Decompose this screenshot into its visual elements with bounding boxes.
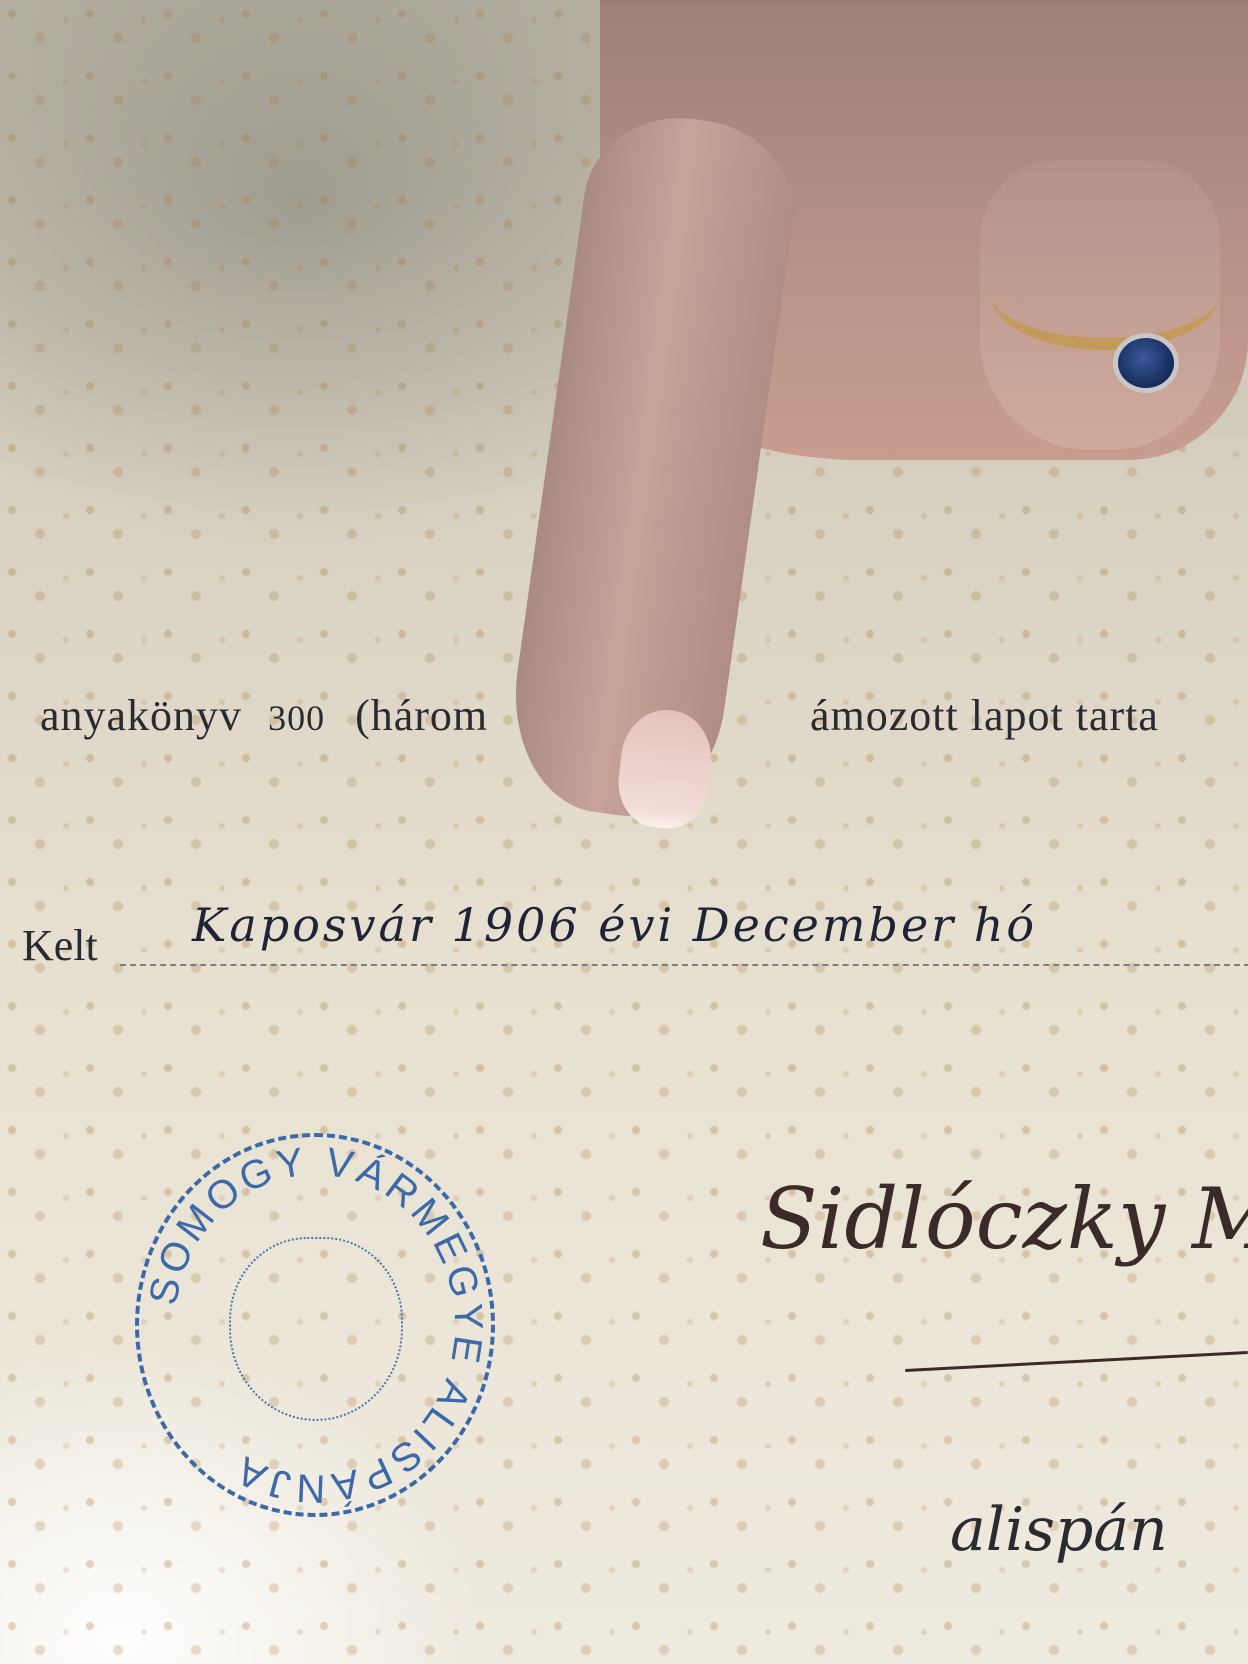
handwritten-signature: Sidlóczky M <box>760 1170 1248 1268</box>
printed-word-harom: (három <box>355 691 488 740</box>
handwritten-place-date: Kaposvár 1906 évi December hó <box>192 898 1037 952</box>
sapphire-ring-stone <box>1118 338 1174 388</box>
printed-text-line: anyakönyv 300 (három ámozott lapot tarta <box>40 690 488 741</box>
printed-text-continued: ámozott lapot tarta <box>810 690 1159 741</box>
kelt-label: Kelt <box>22 920 98 971</box>
date-line: Kelt Kaposvár 1906 évi December hó <box>22 920 1248 980</box>
official-stamp: SOMOGY VÁRMEGYE ALISPÁNJA <box>135 1133 495 1517</box>
signature-title: alispán <box>950 1495 1168 1565</box>
dotted-fill-line <box>120 964 1248 966</box>
printed-word-anyakonyv: anyakönyv <box>40 691 242 740</box>
printed-page-count: 300 <box>268 698 325 738</box>
coat-of-arms-emblem <box>229 1237 403 1421</box>
